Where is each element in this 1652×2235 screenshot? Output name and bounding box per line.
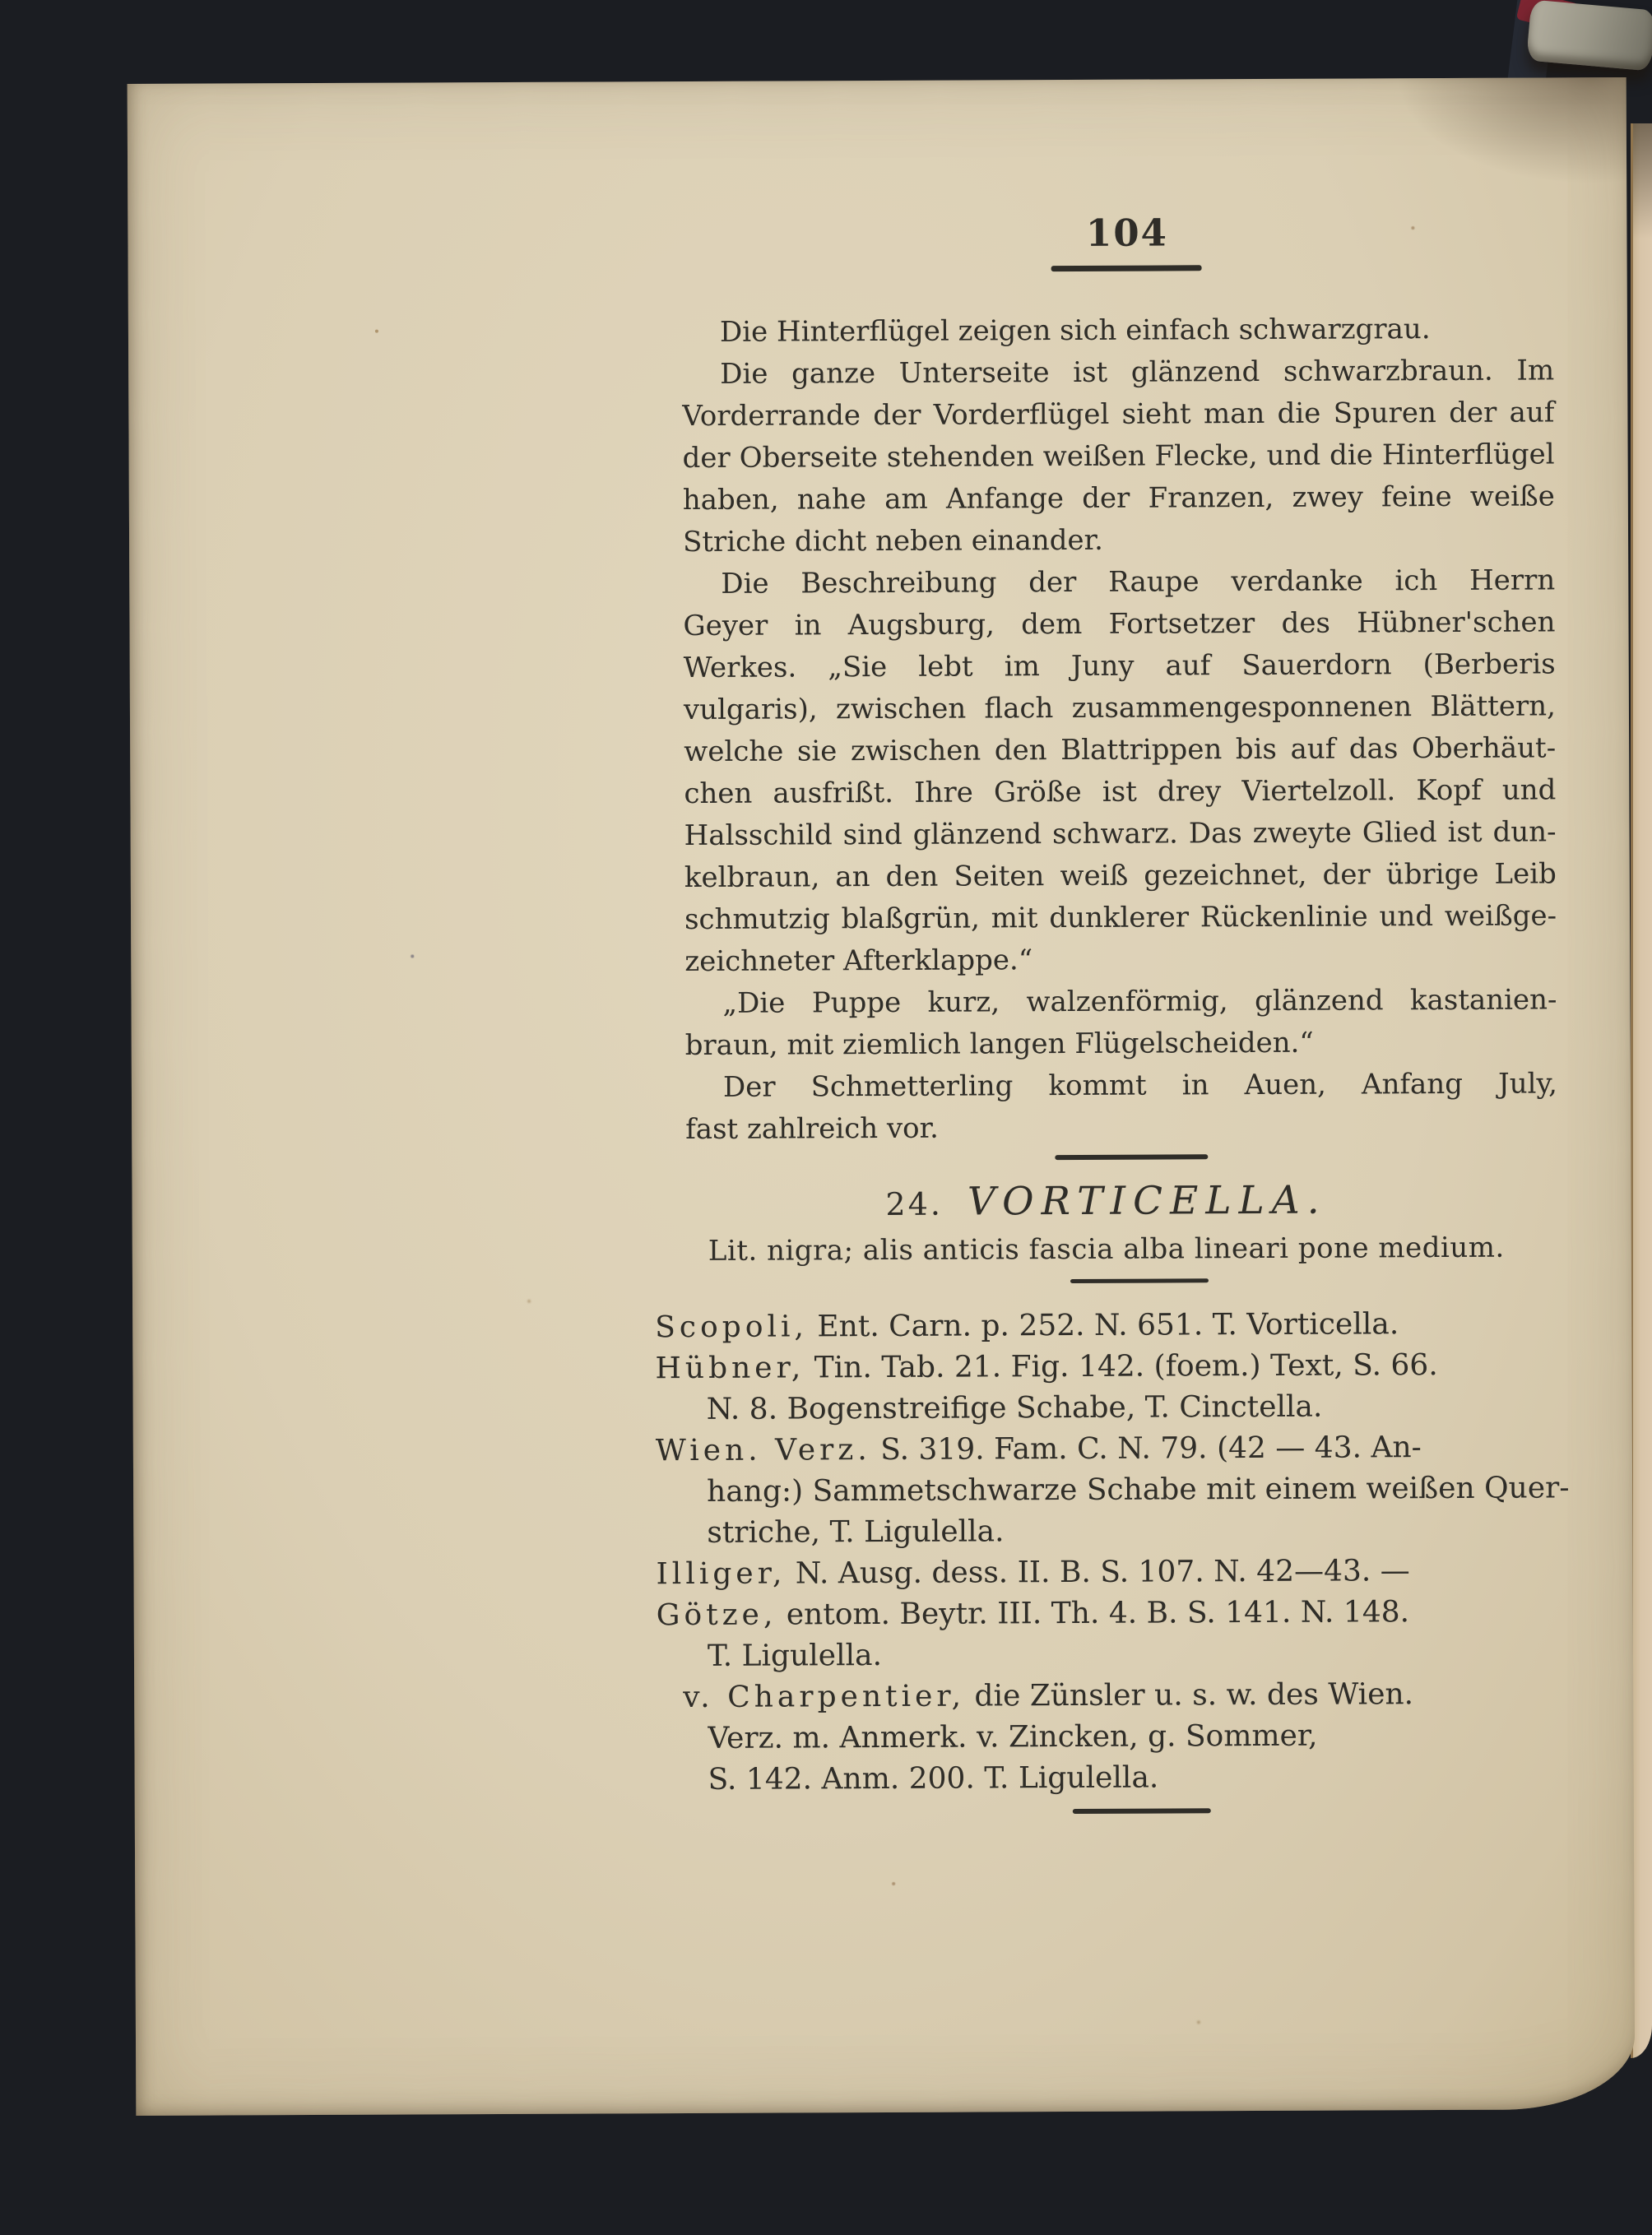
body-line: braun, mit ziemlich langen Flügelscheide…	[685, 1021, 1557, 1067]
reference-line: striche, T. Ligulella.	[707, 1509, 1561, 1554]
book-fore-edge	[1631, 123, 1652, 2058]
section-title: VORTICELLA.	[968, 1178, 1327, 1225]
body-line: Geyer in Augsburg, dem Fortsetzer des Hü…	[683, 601, 1555, 647]
body-line: Halsschild sind glänzend schwarz. Das zw…	[684, 811, 1557, 857]
reference-text: hang:) Sammetschwarze Schabe mit einem w…	[707, 1471, 1570, 1509]
body-line: haben, nahe am Anfange der Franzen, zwey…	[683, 475, 1555, 522]
reference-line: v. Charpentier, die Zünsler u. s. w. des…	[683, 1673, 1562, 1718]
reference-author: Scopoli,	[655, 1310, 808, 1344]
reference-line: N. 8. Bogenstreifige Schabe, T. Cinctell…	[707, 1385, 1561, 1430]
body-line: Die Beschreibung der Raupe verdanke ich …	[683, 559, 1555, 605]
body-line: welche sie zwischen den Blattrippen bis …	[684, 727, 1556, 773]
reference-line: T. Ligulella.	[708, 1632, 1562, 1677]
section-divider	[1055, 1154, 1208, 1160]
body-line: Striche dicht neben einander.	[683, 517, 1555, 563]
body-line: chen ausfrißt. Ihre Größe ist drey Viert…	[684, 769, 1556, 815]
section-heading: 24.VORTICELLA.	[654, 1176, 1557, 1226]
page-number-rule	[1051, 265, 1202, 271]
reference-author: Wien. Verz.	[656, 1433, 871, 1468]
body-line: zeichneter Afterklappe.“	[684, 937, 1557, 983]
reference-line: Wien. Verz. S. 319. Fam. C. N. 79. (42 —…	[656, 1426, 1561, 1472]
body-line: vulgaris), zwischen flach zusammengespon…	[684, 685, 1556, 731]
body-text: Die Hinterflügel zeigen sich einfach sch…	[682, 308, 1557, 1151]
body-line: Der Schmetterling kommt in Auen, Anfang …	[685, 1063, 1557, 1109]
body-line: schmutzig blaßgrün, mit dunklerer Rücken…	[684, 895, 1557, 941]
gutter-shadow	[1396, 77, 1627, 185]
body-line: der Oberseite stehenden weißen Flecke, u…	[683, 434, 1555, 480]
reference-line: Götze, entom. Beytr. III. Th. 4. B. S. 1…	[657, 1591, 1562, 1636]
body-line: „Die Puppe kurz, walzenförmig, glänzend …	[684, 979, 1557, 1025]
end-divider	[1073, 1808, 1211, 1814]
scanner-background: 104 Die Hinterflügel zeigen sich einfach…	[0, 0, 1652, 2235]
reference-text: N. Ausg. dess. II. B. S. 107. N. 42—43. …	[786, 1554, 1410, 1590]
reference-author: v. Charpentier,	[683, 1680, 965, 1714]
reference-text: Tin. Tab. 21. Fig. 142. (foem.) Text, S.…	[805, 1348, 1438, 1384]
reference-line: S. 142. Anm. 200. T. Ligulella.	[708, 1755, 1562, 1801]
section-number: 24.	[885, 1186, 943, 1222]
reference-text: T. Ligulella.	[708, 1639, 882, 1673]
page-number: 104	[1051, 211, 1203, 255]
body-line: Die Hinterflügel zeigen sich einfach sch…	[682, 308, 1554, 354]
body-line: Die ganze Unterseite ist glänzend schwar…	[682, 350, 1554, 396]
reference-text: striche, T. Ligulella.	[707, 1514, 1004, 1550]
reference-line: Illiger, N. Ausg. dess. II. B. S. 107. N…	[656, 1550, 1561, 1595]
reference-text: N. 8. Bogenstreifige Schabe, T. Cinctell…	[707, 1390, 1323, 1426]
body-line: fast zahlreich vor.	[685, 1105, 1557, 1151]
reference-line: Hübner, Tin. Tab. 21. Fig. 142. (foem.) …	[655, 1344, 1560, 1389]
reference-line: Verz. m. Anmerk. v. Zincken, g. Sommer,	[708, 1714, 1562, 1760]
diagnosis-divider	[1070, 1278, 1209, 1283]
paper-specks	[375, 330, 378, 333]
reference-text: S. 319. Fam. C. N. 79. (42 — 43. An-	[871, 1430, 1422, 1467]
reference-line: Scopoli, Ent. Carn. p. 252. N. 651. T. V…	[655, 1303, 1560, 1348]
body-line: kelbraun, an den Seiten weiß gezeichnet,…	[684, 853, 1557, 899]
reference-author: Götze,	[657, 1598, 777, 1633]
reference-text: Ent. Carn. p. 252. N. 651. T. Vorticella…	[808, 1307, 1399, 1343]
references: Scopoli, Ent. Carn. p. 252. N. 651. T. V…	[655, 1303, 1562, 1801]
reference-author: Hübner,	[655, 1351, 805, 1385]
body-line: Werkes. „Sie lebt im Juny auf Sauerdorn …	[684, 643, 1556, 689]
reference-author: Illiger,	[656, 1557, 786, 1592]
reference-line: hang:) Sammetschwarze Schabe mit einem w…	[707, 1468, 1561, 1513]
reference-text: Verz. m. Anmerk. v. Zincken, g. Sommer,	[708, 1719, 1317, 1755]
body-line: Vorderrande der Vorderflügel sieht man d…	[682, 392, 1554, 438]
species-diagnosis: Lit. nigra; alis anticis fascia alba lin…	[655, 1231, 1558, 1268]
reference-text: die Zünsler u. s. w. des Wien.	[965, 1677, 1413, 1713]
book-page: 104 Die Hinterflügel zeigen sich einfach…	[128, 77, 1636, 2116]
reference-text: S. 142. Anm. 200. T. Ligulella.	[708, 1761, 1159, 1797]
book-headband	[1526, 0, 1652, 71]
reference-text: entom. Beytr. III. Th. 4. B. S. 141. N. …	[777, 1595, 1409, 1631]
